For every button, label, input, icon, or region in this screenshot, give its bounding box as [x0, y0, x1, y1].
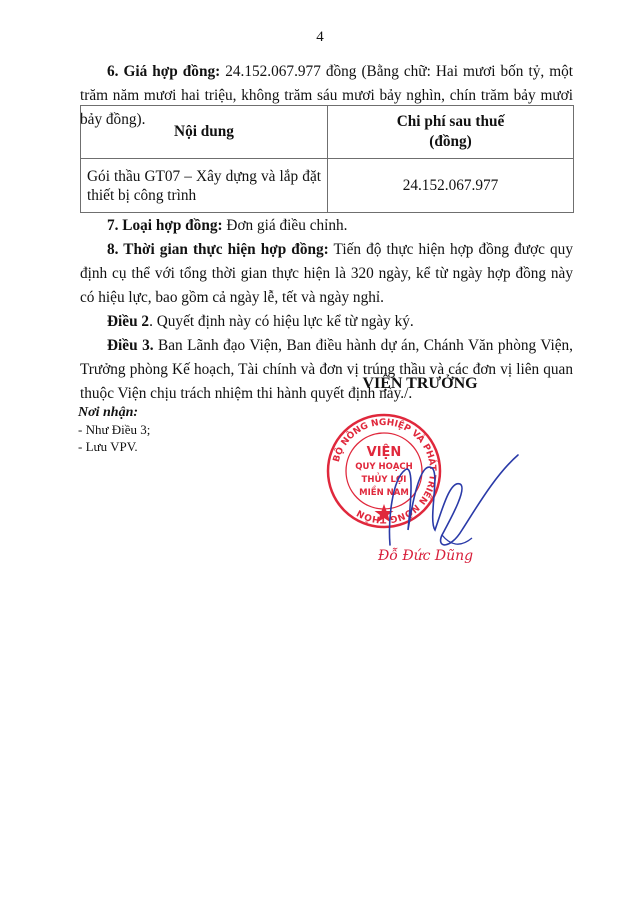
table-cell-content: Gói thầu GT07 – Xây dựng và lắp đặt thiế…	[81, 159, 328, 213]
recipients-title: Nơi nhận:	[78, 404, 150, 421]
recipient-item: - Như Điều 3;	[78, 421, 150, 438]
signer-name: Đỗ Đức Dũng	[378, 548, 473, 564]
table-header-content: Nội dung	[81, 106, 328, 159]
header-cost-line2: (đồng)	[429, 133, 472, 150]
page-number: 4	[0, 29, 640, 46]
recipients-block: Nơi nhận: - Như Điều 3; - Lưu VPV.	[78, 404, 150, 455]
recipient-item: - Lưu VPV.	[78, 438, 150, 455]
contract-table: Nội dung Chi phí sau thuế (đồng) Gói thầ…	[80, 105, 574, 213]
article-label: Điều 3.	[107, 337, 154, 354]
table-header-row: Nội dung Chi phí sau thuế (đồng)	[81, 106, 574, 159]
section-contract-duration: 8. Thời gian thực hiện hợp đồng: Tiến độ…	[80, 238, 573, 310]
section-contract-type: 7. Loại hợp đồng: Đơn giá điều chỉnh.	[80, 214, 573, 238]
article-3: Điều 3. Ban Lãnh đạo Viện, Ban điều hành…	[80, 334, 573, 406]
table-header-cost: Chi phí sau thuế (đồng)	[328, 106, 574, 159]
header-cost-line1: Chi phí sau thuế	[397, 113, 505, 130]
table-cell-cost: 24.152.067.977	[328, 159, 574, 213]
signer-title: VIỆN TRƯỞNG	[330, 375, 510, 393]
section-text: Đơn giá điều chỉnh.	[223, 217, 348, 234]
section-label: 6. Giá hợp đồng:	[107, 63, 220, 80]
article-text: . Quyết định này có hiệu lực kể từ ngày …	[149, 313, 414, 330]
section-label: 8. Thời gian thực hiện hợp đồng:	[107, 241, 329, 258]
table-row: Gói thầu GT07 – Xây dựng và lắp đặt thiế…	[81, 159, 574, 213]
article-label: Điều 2	[107, 313, 149, 330]
section-label: 7. Loại hợp đồng:	[107, 217, 223, 234]
article-2: Điều 2. Quyết định này có hiệu lực kể từ…	[80, 310, 573, 334]
